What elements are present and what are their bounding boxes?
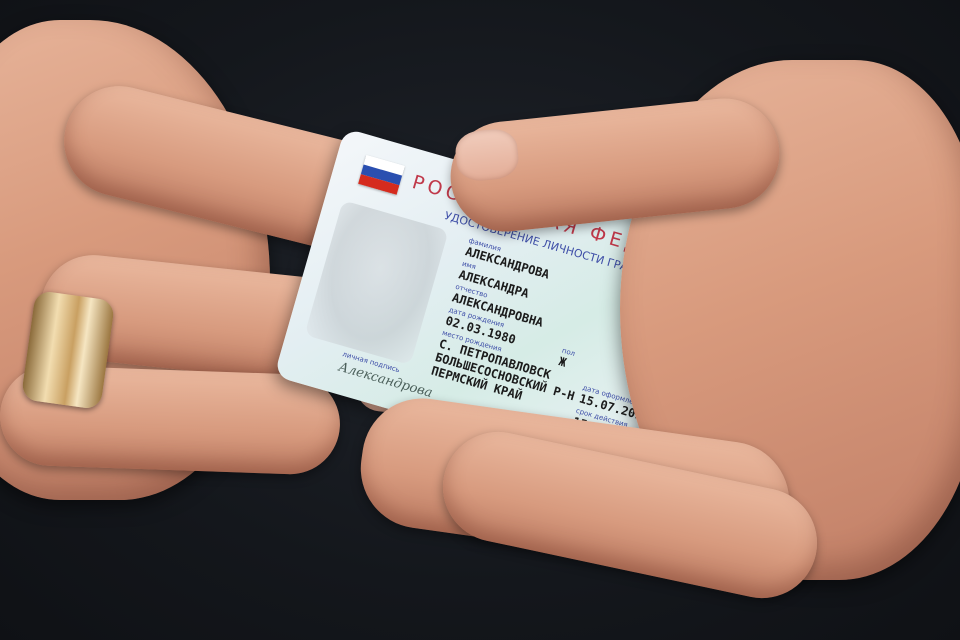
gold-ring: [21, 290, 116, 410]
russian-flag-icon: [358, 155, 405, 195]
sex: Ж: [557, 354, 568, 369]
ghost-photo: [304, 200, 448, 365]
